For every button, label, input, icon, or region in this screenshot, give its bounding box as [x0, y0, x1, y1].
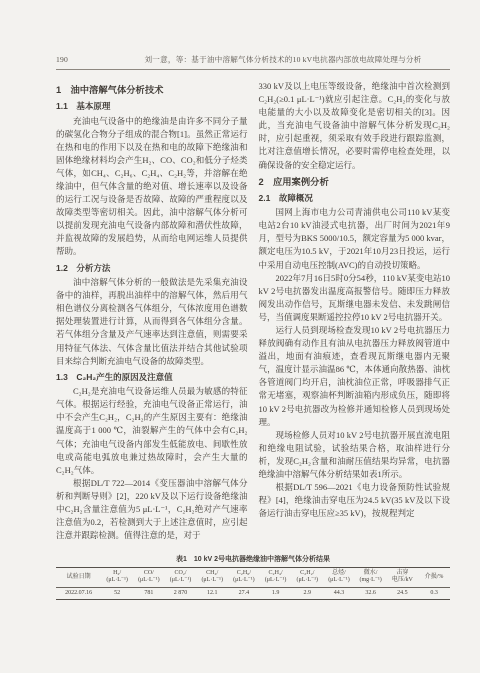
cell-total-hydrocarbon: 44.3 — [323, 587, 355, 599]
table-data-row: 2022.07.16 52 781 2 870 12.1 27.4 1.9 2.… — [56, 587, 450, 599]
paper-page: 190 刘一意，等：基于油中溶解气体分析技术的10 kV电抗器内部放电故障处理与… — [0, 0, 480, 673]
cell-breakdown-voltage: 24.5 — [386, 587, 418, 599]
col-header-moisture: 微水/(mg·L⁻¹) — [355, 568, 387, 588]
cell-ch4: 12.1 — [196, 587, 228, 599]
section-2-1-paragraph-4: 现场检修人员对10 kV 2号电抗器开展直流电阻和绝缘电阻试验，试验结果合格，取… — [259, 429, 451, 481]
cell-co: 781 — [133, 587, 165, 599]
cell-dielectric-loss: 0.3 — [418, 587, 450, 599]
table-body: 2022.07.16 52 781 2 870 12.1 27.4 1.9 2.… — [56, 587, 450, 599]
cell-c2h2: 2.9 — [291, 587, 323, 599]
cell-c2h6: 27.4 — [228, 587, 260, 599]
section-2-1-heading: 2.1 故障概况 — [259, 192, 451, 205]
section-1-2-paragraph: 油中溶解气体分析的一般做法是先采集充油设备中的油样，再脱出油样中的溶解气体，然后… — [56, 276, 248, 368]
body-columns: 1 油中溶解气体分析技术 1.1 基本原理 充油电气设备中的绝缘油是由许多不同分… — [56, 80, 450, 554]
cell-moisture: 32.6 — [355, 587, 387, 599]
running-title: 刘一意，等：基于油中溶解气体分析技术的10 kV电抗器内部放电故障处理与分析 — [116, 54, 450, 65]
col-header-c2h6: C₂H₆/(μL·L⁻¹) — [228, 568, 260, 588]
section-2-1-paragraph-3: 运行人员到现场检查发现10 kV 2号电抗器压力释放阀确有动作且有油从电抗器压力… — [259, 324, 451, 429]
col-header-c2h2: C₂H₂/(μL·L⁻¹) — [291, 568, 323, 588]
section-2-1-paragraph-1: 国网上海市电力公司青浦供电公司110 kV某变电站2台10 kV油浸式电抗器，出… — [259, 206, 451, 271]
cell-test-date: 2022.07.16 — [56, 587, 101, 599]
col-header-h2: H₂/(μL·L⁻¹) — [101, 568, 133, 588]
dissolved-gas-results-table: 试验日期 H₂/(μL·L⁻¹) CO/(μL·L⁻¹) CO₂/(μL·L⁻¹… — [56, 567, 450, 600]
col-header-breakdown-voltage: 击穿电压/kV — [386, 568, 418, 588]
section-1-heading: 1 油中溶解气体分析技术 — [56, 84, 248, 97]
cell-c2h4: 1.9 — [260, 587, 292, 599]
section-2-heading: 2 应用案例分析 — [259, 176, 451, 189]
section-1-1-heading: 1.1 基本原理 — [56, 100, 248, 113]
col-header-ch4: CH₄/(μL·L⁻¹) — [196, 568, 228, 588]
section-1-1-paragraph: 充油电气设备中的绝缘油是由许多不同分子量的碳氢化合物分子组成的混合物[1]。虽然… — [56, 115, 248, 259]
page-number: 190 — [56, 55, 116, 64]
header-rule — [56, 69, 450, 70]
section-2-1-paragraph-2: 2022年7月16日5时0分54秒，110 kV某变电站10 kV 2号电抗器发… — [259, 272, 451, 324]
col-header-c2h4: C₂H₄/(μL·L⁻¹) — [260, 568, 292, 588]
col-header-co2: CO₂/(μL·L⁻¹) — [165, 568, 197, 588]
section-1-3-paragraph-1: C₂H₂是充油电气设备运维人员最为敏感的特征气体。根据运行经验，充油电气设备正常… — [56, 385, 248, 477]
table-header: 试验日期 H₂/(μL·L⁻¹) CO/(μL·L⁻¹) CO₂/(μL·L⁻¹… — [56, 568, 450, 588]
col-header-co: CO/(μL·L⁻¹) — [133, 568, 165, 588]
col-header-dielectric-loss: 介损/% — [418, 568, 450, 588]
table-1-block: 表1 10 kV 2号电抗器绝缘油中溶解气体分析结果 试验日期 H₂/(μL·L… — [56, 555, 450, 600]
section-1-2-heading: 1.2 分析方法 — [56, 262, 248, 275]
cell-h2: 52 — [101, 587, 133, 599]
cell-co2: 2 870 — [165, 587, 197, 599]
left-column: 1 油中溶解气体分析技术 1.1 基本原理 充油电气设备中的绝缘油是由许多不同分… — [56, 80, 248, 554]
section-1-3-paragraph-continued: 330 kV及以上电压等级设备，绝缘油中首次检测到C₂H₂(≥0.1 μL·L⁻… — [259, 80, 451, 172]
section-1-3-paragraph-2: 根据DL/T 722—2014《变压器油中溶解气体分析和判断导则》[2]，220… — [56, 477, 248, 542]
col-header-total-hydrocarbon: 总烃/(μL·L⁻¹) — [323, 568, 355, 588]
section-1-3-heading: 1.3 C₂H₂产生的原因及注意值 — [56, 371, 248, 384]
table-header-row: 试验日期 H₂/(μL·L⁻¹) CO/(μL·L⁻¹) CO₂/(μL·L⁻¹… — [56, 568, 450, 588]
section-2-1-paragraph-5: 根据DL/T 596—2021《电力设备预防性试验规程》[4]，绝缘油击穿电压为… — [259, 481, 451, 520]
right-column: 330 kV及以上电压等级设备，绝缘油中首次检测到C₂H₂(≥0.1 μL·L⁻… — [259, 80, 451, 554]
running-header: 190 刘一意，等：基于油中溶解气体分析技术的10 kV电抗器内部放电故障处理与… — [56, 54, 450, 65]
col-header-test-date: 试验日期 — [56, 568, 101, 588]
table-1-caption: 表1 10 kV 2号电抗器绝缘油中溶解气体分析结果 — [56, 555, 450, 564]
